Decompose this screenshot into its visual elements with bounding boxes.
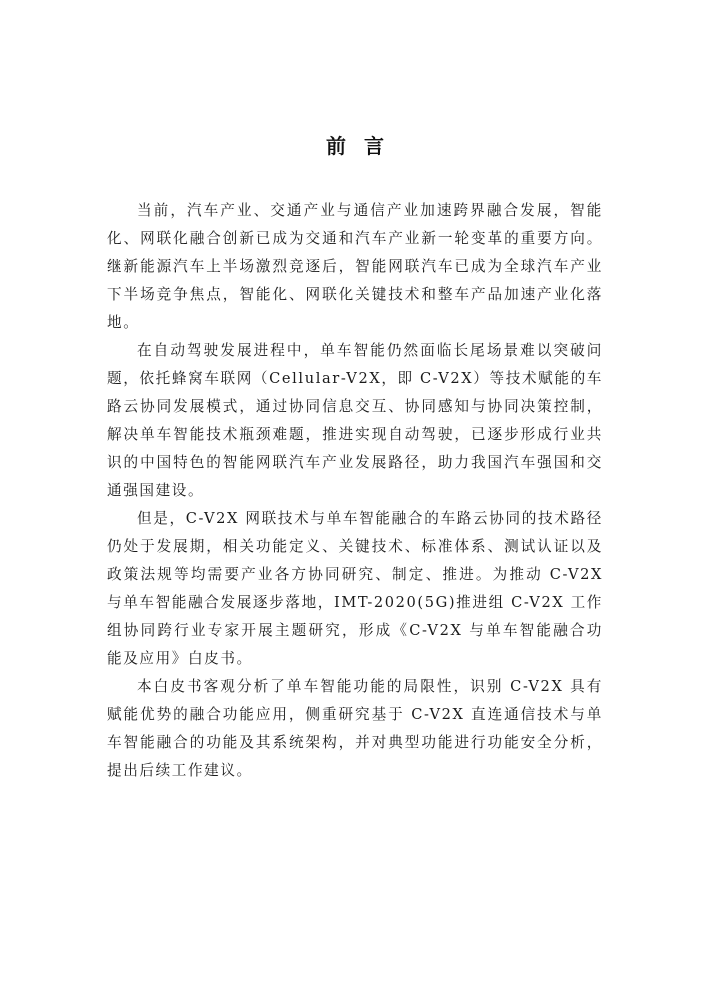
document-page: 前言 当前，汽车产业、交通产业与通信产业加速跨界融合发展，智能化、网联化融合创新…	[0, 0, 710, 1004]
paragraph-4: 本白皮书客观分析了单车智能功能的局限性，识别 C-V2X 具有赋能优势的融合功能…	[107, 673, 603, 785]
page-title: 前言	[0, 130, 710, 159]
paragraph-2: 在自动驾驶发展进程中，单车智能仍然面临长尾场景难以突破问题，依托蜂窝车联网（Ce…	[107, 337, 603, 505]
paragraph-1: 当前，汽车产业、交通产业与通信产业加速跨界融合发展，智能化、网联化融合创新已成为…	[107, 197, 603, 337]
document-body: 当前，汽车产业、交通产业与通信产业加速跨界融合发展，智能化、网联化融合创新已成为…	[107, 197, 603, 785]
paragraph-3: 但是，C-V2X 网联技术与单车智能融合的车路云协同的技术路径仍处于发展期，相关…	[107, 505, 603, 673]
